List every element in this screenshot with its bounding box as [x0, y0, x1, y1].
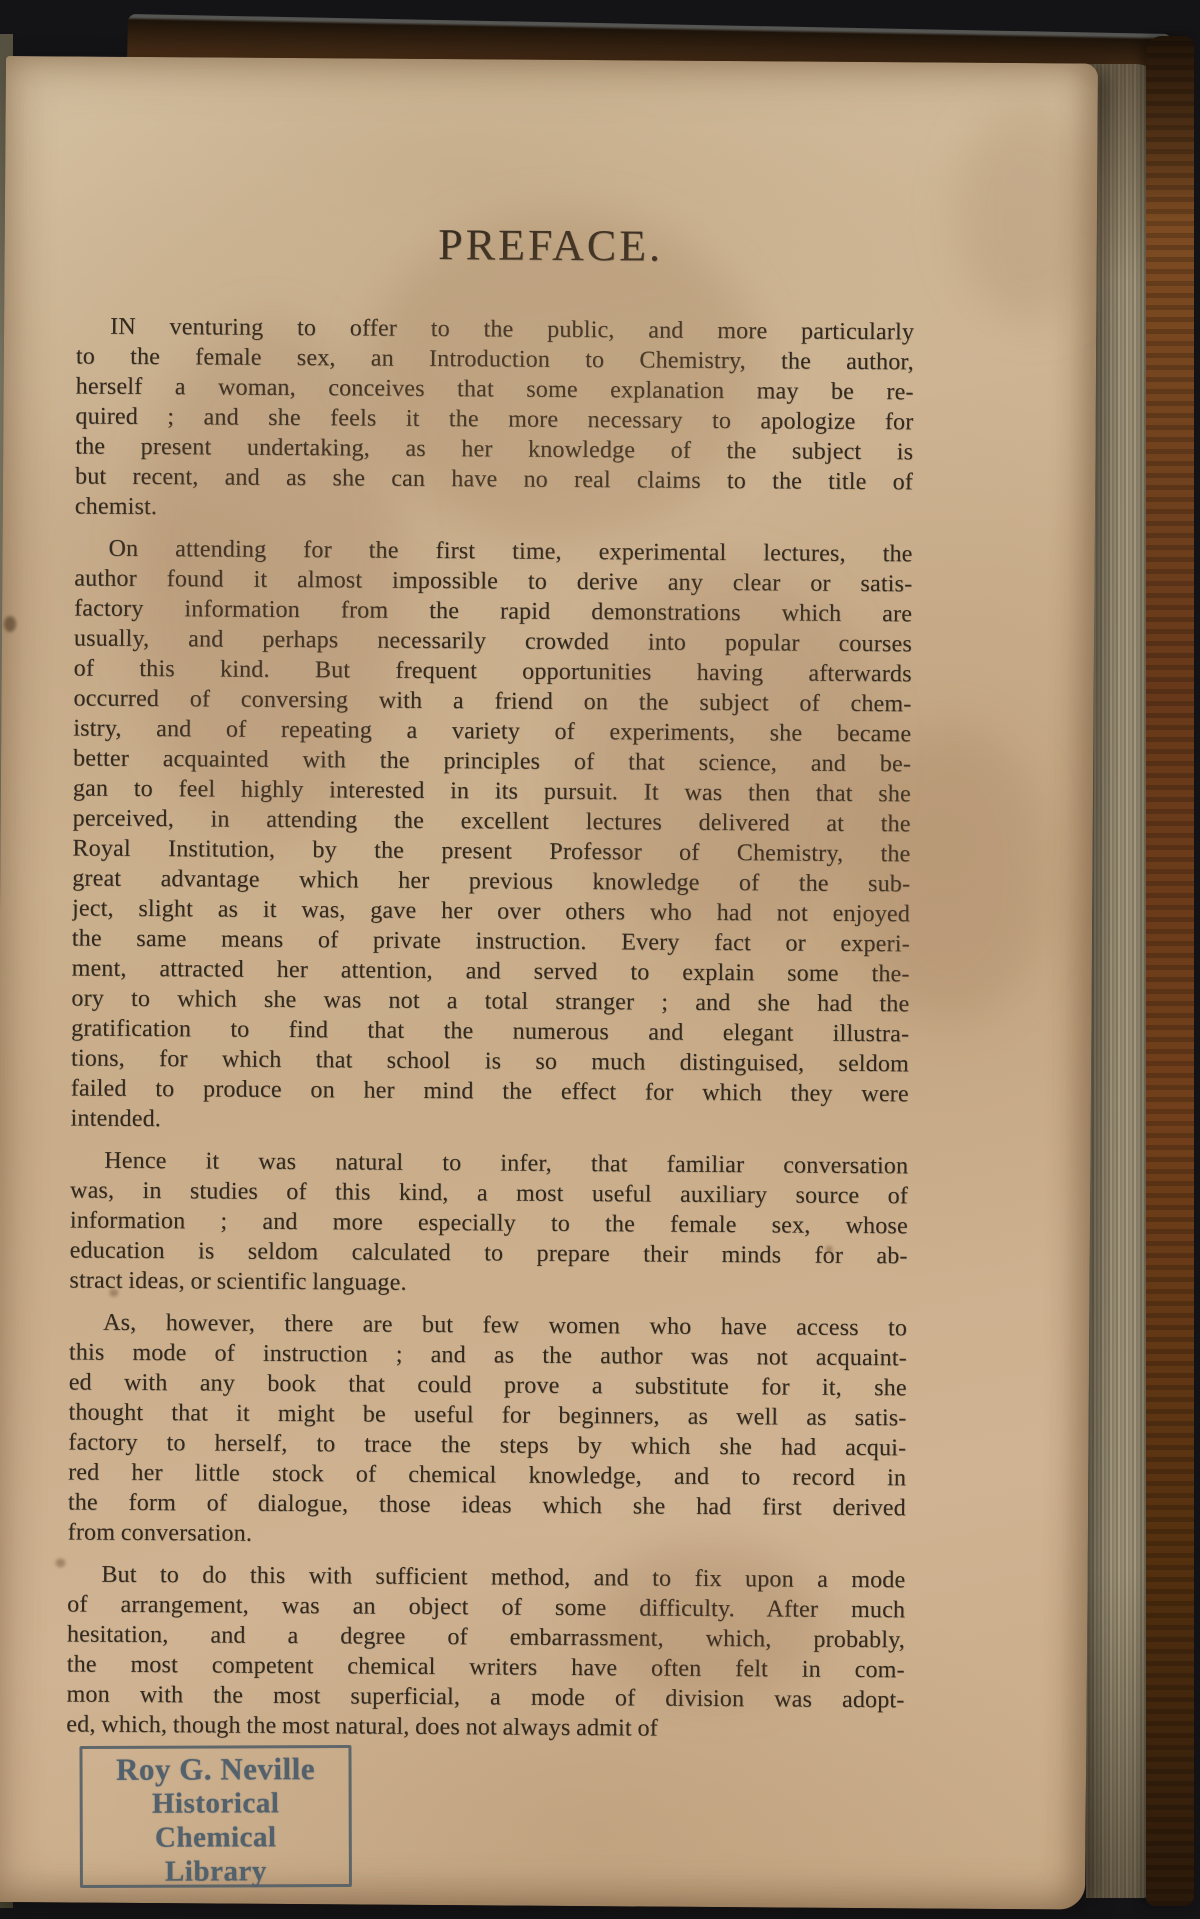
book-leather-cover-edge: [1146, 36, 1194, 1906]
paragraph: On attending for the first time, experim…: [70, 533, 912, 1139]
paragraph: As, however, there are but few women who…: [68, 1307, 908, 1553]
text-line: stract ideas, or scientific language.: [69, 1265, 907, 1301]
text-line: but recent, and as she can have no real …: [75, 461, 913, 497]
paper-speck: [55, 1558, 65, 1567]
text-line: chemist.: [75, 491, 913, 527]
stamp-text-line: Roy G. Neville: [82, 1752, 348, 1787]
paragraph: Hence it was natural to infer, that fami…: [69, 1145, 908, 1301]
text-line: ed, which, though the most natural, does…: [66, 1709, 904, 1745]
book-scan-photo: PREFACE. IN venturing to offer to the pu…: [0, 0, 1200, 1919]
text-line: intended.: [70, 1103, 908, 1139]
text-line: failed to produce on her mind the effect…: [71, 1073, 909, 1109]
paper-speck: [4, 616, 16, 632]
paragraph: But to do this with sufficient method, a…: [66, 1559, 905, 1745]
stamp-text-line: Chemical: [83, 1820, 349, 1855]
preface-text: IN venturing to offer to the public, and…: [66, 311, 914, 1745]
library-ownership-stamp: Roy G. NevilleHistoricalChemicalLibrary: [79, 1745, 351, 1888]
book-page: PREFACE. IN venturing to offer to the pu…: [0, 56, 1098, 1910]
stamp-text-line: Historical: [83, 1786, 349, 1821]
paragraph: IN venturing to offer to the public, and…: [75, 311, 914, 527]
page-title: PREFACE.: [5, 56, 1098, 275]
text-line: from conversation.: [68, 1517, 906, 1553]
stamp-text-line: Library: [83, 1854, 349, 1889]
